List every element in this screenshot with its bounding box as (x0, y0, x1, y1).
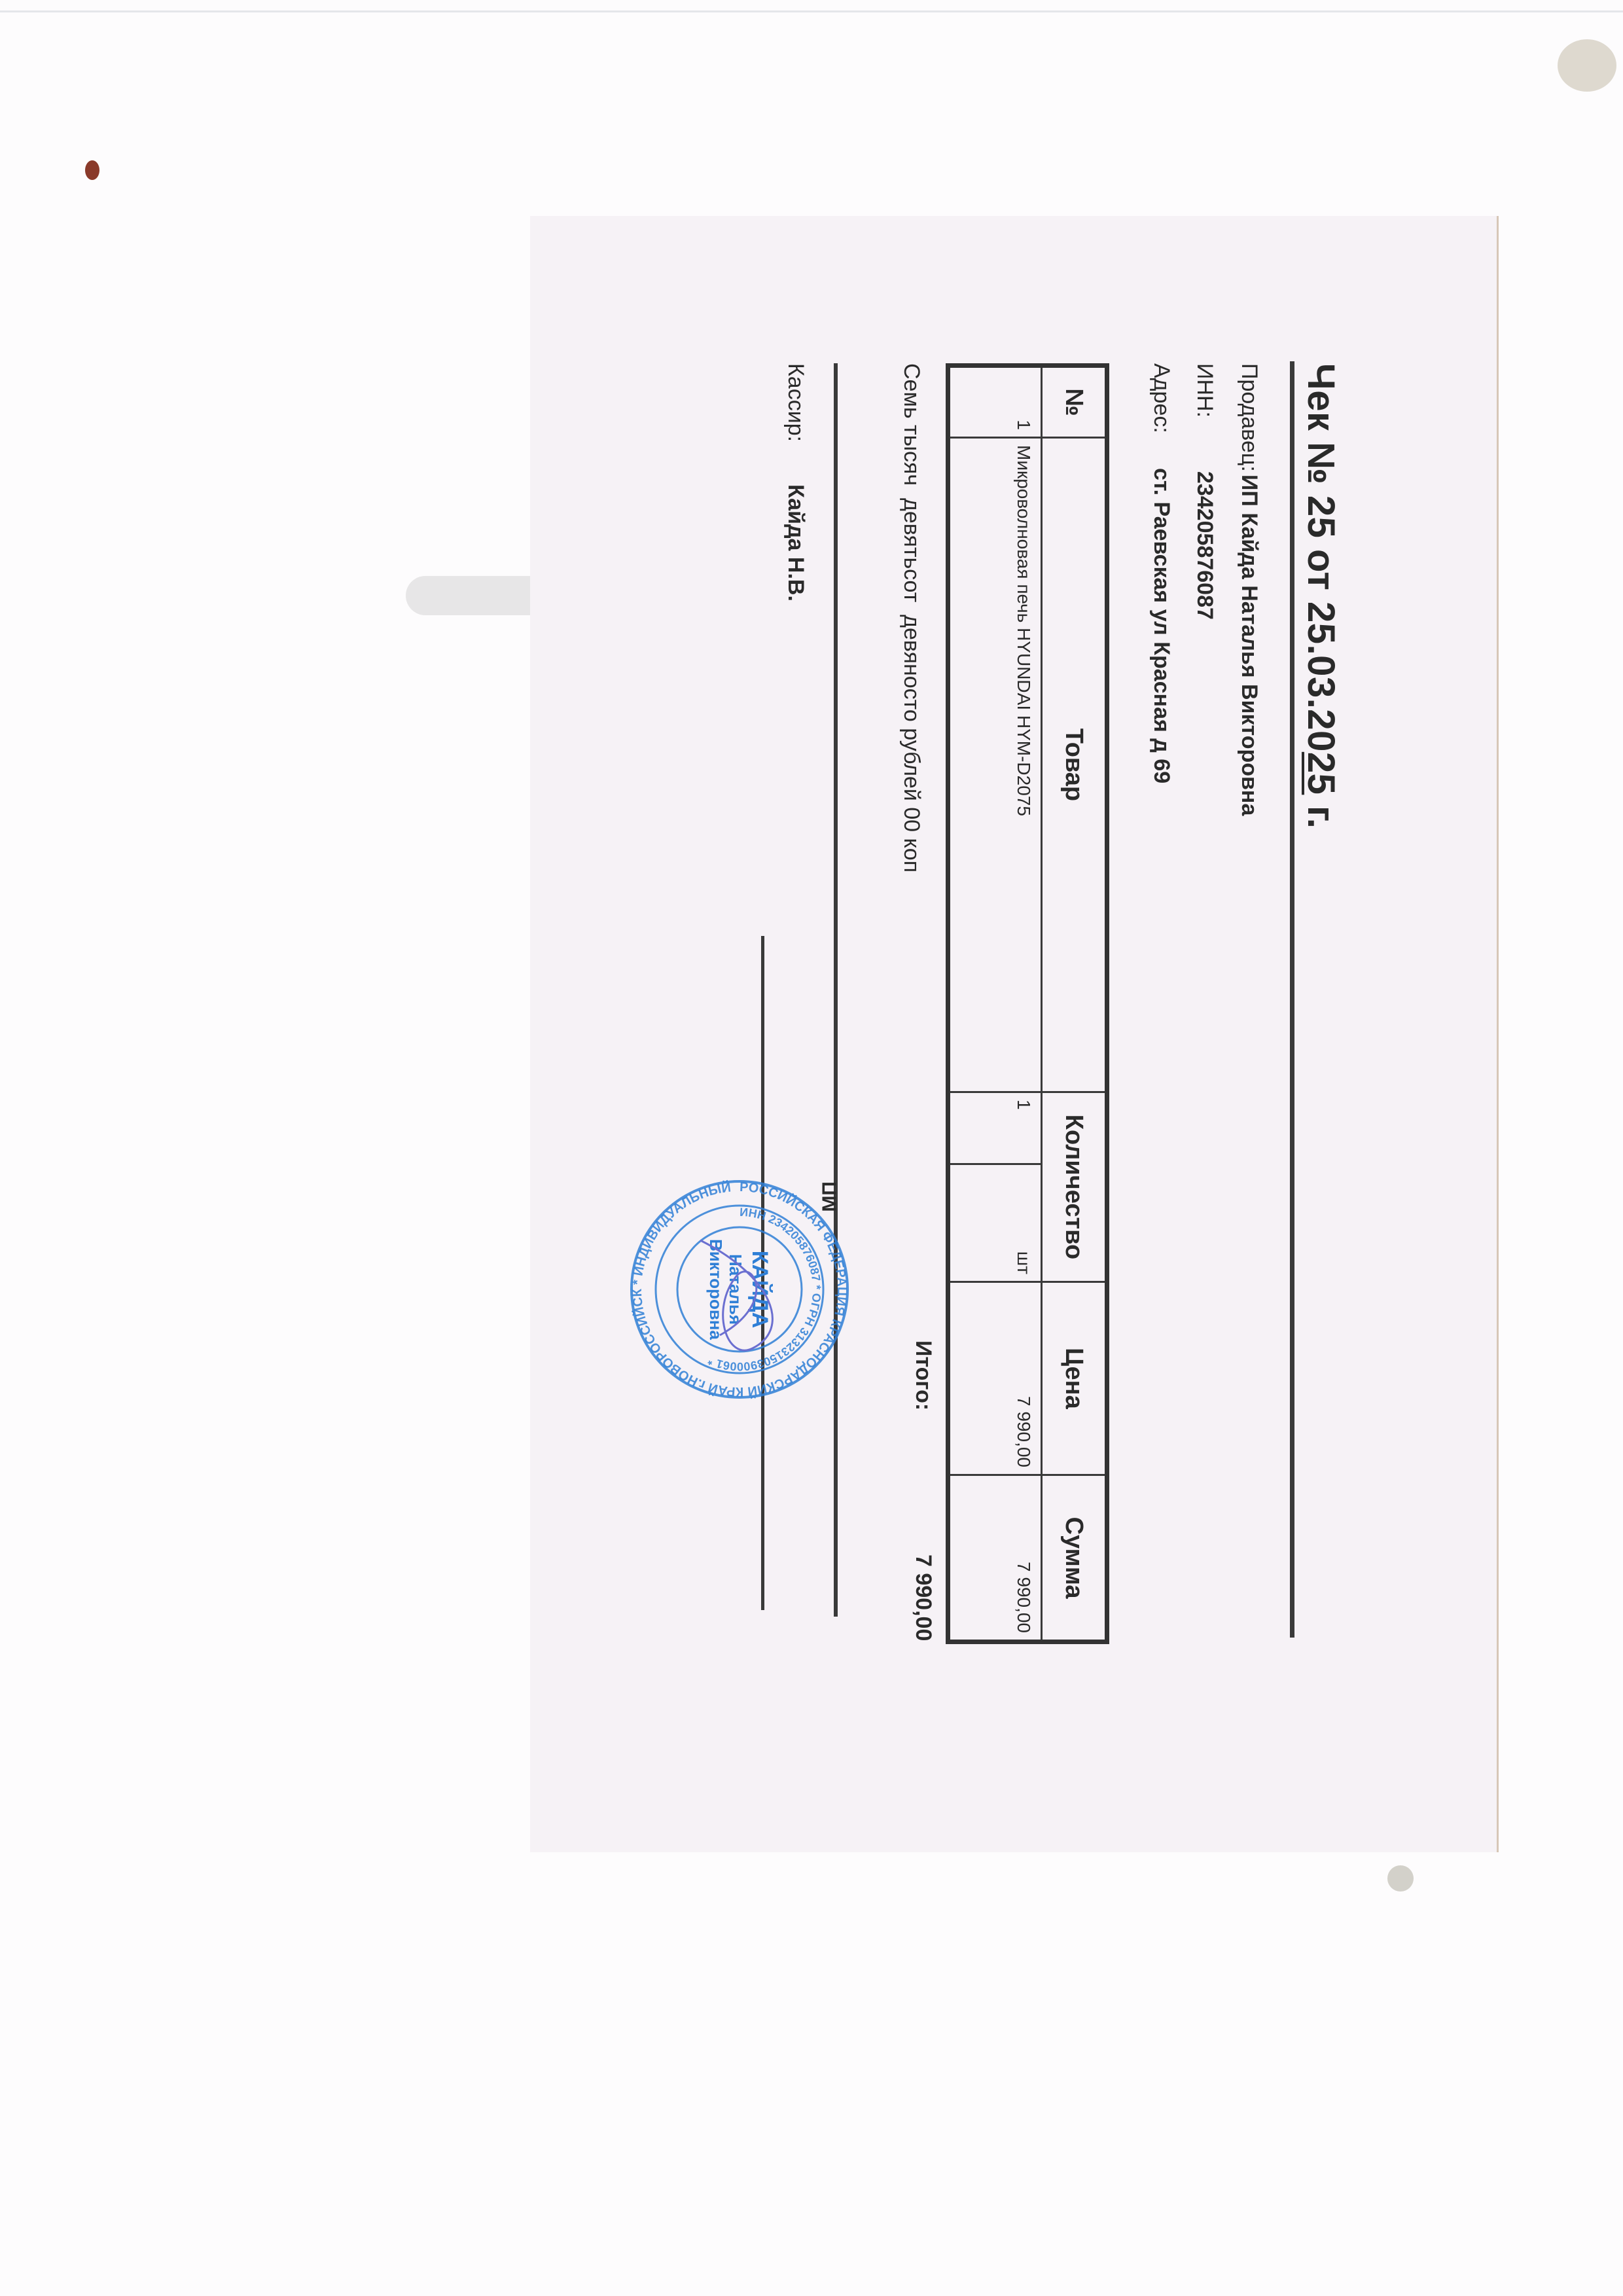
total-label: Итого: (910, 1340, 936, 1410)
row-qty: 1 (948, 1092, 1042, 1164)
receipt-sheet: Чек № 25 от 25.03.2025 г. Продавец: ИП К… (530, 216, 1499, 1852)
cashier-label: Кассир: (783, 363, 808, 442)
scan-speck (85, 160, 99, 180)
sheet-edge (1497, 216, 1499, 1852)
col-header-num: № (1042, 366, 1107, 438)
scan-speck (1558, 39, 1616, 92)
summary-rule (834, 363, 838, 1617)
row-item: Микроволновая печь HYUNDAI HYM-D2075 (948, 438, 1042, 1092)
seller-value: ИП Кайда Наталья Викторовна (1236, 475, 1262, 816)
row-price: 7 990,00 (948, 1282, 1042, 1475)
table-header-row: № Товар Количество Цена Сумма (1042, 366, 1107, 1642)
stamp-center-line1: КАЙДА (747, 1251, 773, 1329)
row-sum: 7 990,00 (948, 1475, 1042, 1642)
scan-speck (1387, 1865, 1414, 1892)
total-value: 7 990,00 (910, 1554, 936, 1641)
inn-value: 234205876087 (1192, 471, 1217, 620)
cashier-value: Кайда Н.В. (783, 484, 808, 601)
seller-label: Продавец: (1236, 363, 1262, 472)
address-value: ст. Раевская ул Красная д 69 (1149, 468, 1174, 783)
address-label: Адрес: (1149, 363, 1174, 433)
col-header-sum: Сумма (1042, 1475, 1107, 1642)
col-header-item: Товар (1042, 438, 1107, 1092)
table-row: 1 Микроволновая печь HYUNDAI HYM-D2075 1… (948, 366, 1042, 1642)
col-header-price: Цена (1042, 1282, 1107, 1475)
row-unit: шт (948, 1164, 1042, 1282)
title-rule (1290, 361, 1294, 1638)
col-header-qty: Количество (1042, 1092, 1107, 1282)
amount-in-words: Семь тысяч девятьсот девяносто рублей 00… (899, 363, 924, 872)
row-num: 1 (948, 366, 1042, 438)
receipt-title: Чек № 25 от 25.03.2025 г. (1299, 363, 1343, 829)
scan-edge (0, 10, 1623, 12)
inn-label: ИНН: (1192, 363, 1217, 418)
seal-stamp: РОССИЙСКАЯ ФЕДЕРАЦИЯ КРАСНОДАРСКИЙ КРАЙ … (628, 1178, 851, 1401)
items-table: № Товар Количество Цена Сумма 1 Микровол… (946, 363, 1109, 1644)
title-year-underlined: 25 (1300, 752, 1342, 795)
